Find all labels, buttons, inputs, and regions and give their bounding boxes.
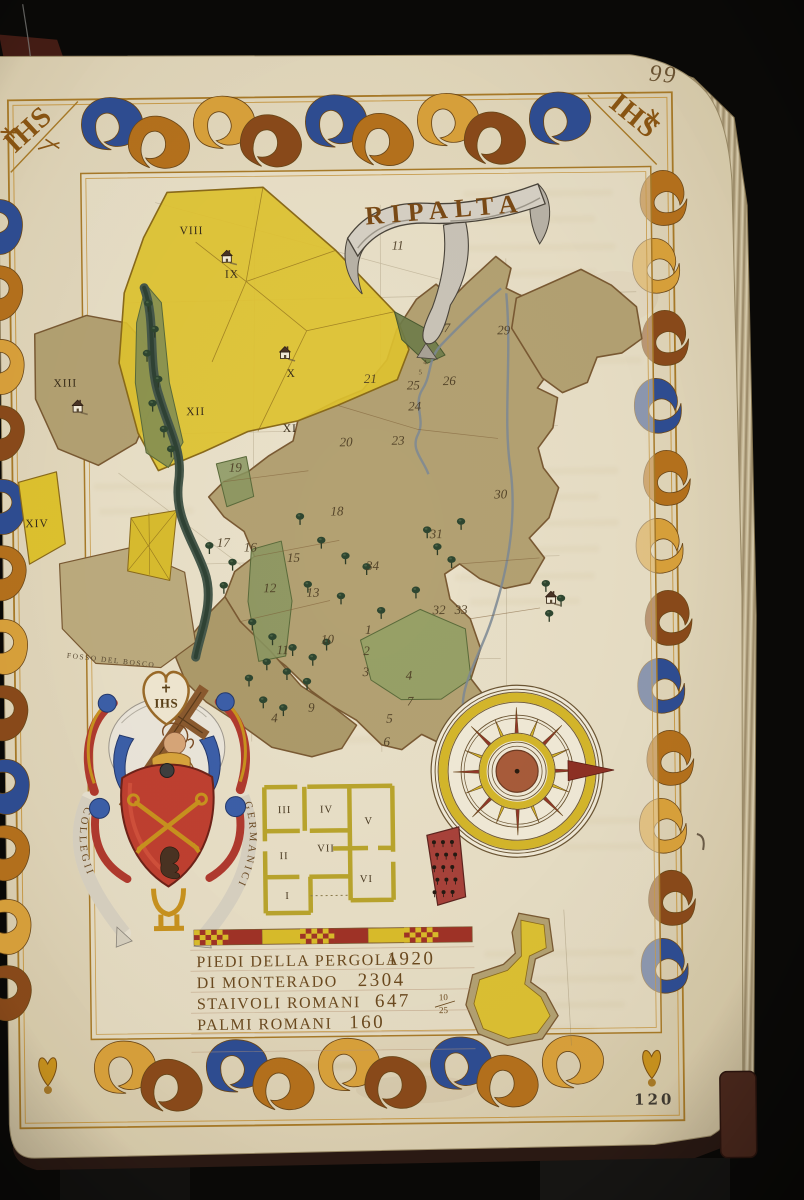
manuscript-photo: IHS IHS 99 (0, 0, 804, 1200)
photo-vignette (0, 0, 804, 1200)
